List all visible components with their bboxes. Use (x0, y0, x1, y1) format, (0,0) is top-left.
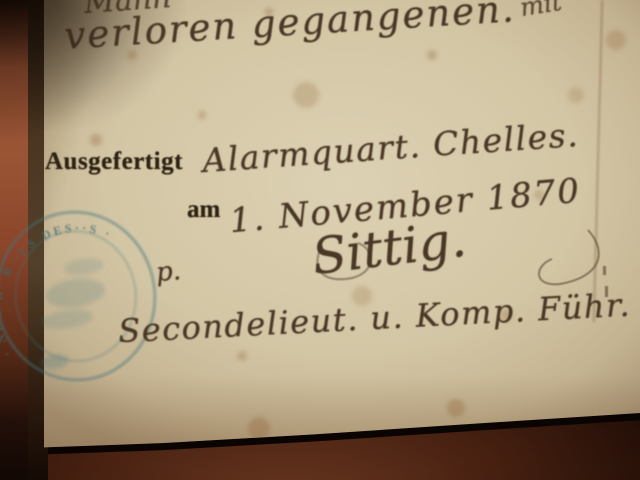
printed-label-ausgefertigt: Ausgefertigt (45, 148, 183, 176)
printed-label-am: am (187, 196, 220, 224)
document-text-layer: Mann mit verloren gegangenen. Ausgeferti… (0, 0, 640, 480)
photo-frame: · NDO D· B··LS DES··S · Mann mit verlore… (0, 0, 640, 480)
handwritten-rank-line: Secondelieut. u. Komp. Führ. (117, 286, 631, 351)
cutoff-line-fragment-right: mit (518, 0, 564, 22)
per-mark: p. (155, 256, 182, 288)
handwritten-place-line: Alarmquart. Chelles. (201, 115, 580, 180)
